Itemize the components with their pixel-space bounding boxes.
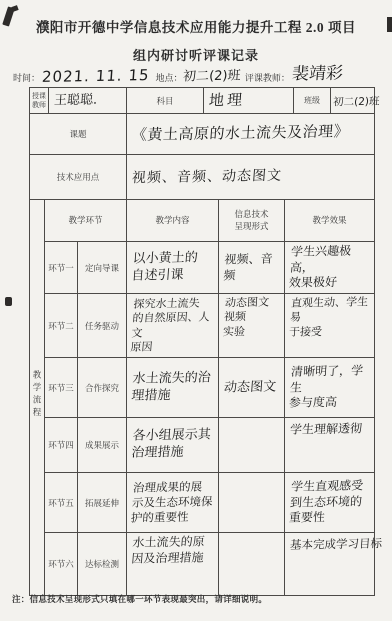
step-no: 环节一 <box>45 242 78 294</box>
step-no: 环节五 <box>45 473 78 533</box>
tech-form-handwritten: 动态图文 视频 实验 <box>222 296 269 340</box>
teacher-value-handwritten: 王聪聪. <box>53 93 97 111</box>
subject-value-handwritten: 地理 <box>208 90 245 110</box>
table-row-step3: 环节三 合作探究 水土流失的治 理措施 动态图文 清晰明了，学生 参与度高 <box>30 358 375 418</box>
content-handwritten: 以小黄土的 自述引课 <box>131 250 198 285</box>
tech-form-handwritten: 视频、音频 <box>223 251 282 283</box>
effect-handwritten: 基本完成学习目标 <box>289 536 382 553</box>
content-handwritten: 各小组展示其 治理措施 <box>131 428 211 463</box>
footnote: 注：信息技术呈现形式只填在哪一环节表现最突出，请详细说明。 <box>12 593 387 605</box>
scan-artifact <box>5 297 12 306</box>
subject-label: 科目 <box>127 88 204 114</box>
content-handwritten: 治理成果的展 示及生态环境保 护的重要性 <box>130 479 214 525</box>
table-row-step2: 环节二 任务驱动 探究水土流失 的自然原因、人文 原因 动态图文 视频 实验 直… <box>30 294 375 358</box>
content-handwritten: 水土流失的治 理措施 <box>131 370 211 405</box>
document-title: 濮阳市开德中学信息技术应用能力提升工程 2.0 项目 <box>0 16 392 36</box>
time-label: 时间： <box>13 71 40 86</box>
class-label: 班级 <box>294 88 331 114</box>
table-row-step5: 环节五 拓展延伸 治理成果的展 示及生态环境保 护的重要性 学生直观感受 到生态… <box>30 473 375 533</box>
course-info-table: 授课 教师 王聪聪. 科目 地理 班级 初二(2)班 课题 《黄土高原的水土流失… <box>29 87 375 200</box>
table-row-step6: 环节六 达标检测 水土流失的原 因及治理措施 基本完成学习目标 <box>30 533 375 596</box>
step-name: 定向导课 <box>78 242 127 294</box>
table-row: 技术应用点 视频、音频、动态图文 <box>30 155 375 200</box>
table-row: 授课 教师 王聪聪. 科目 地理 班级 初二(2)班 <box>30 88 375 114</box>
time-value-handwritten: 2021. 11. 15 <box>41 66 150 87</box>
table-row-step4: 环节四 成果展示 各小组展示其 治理措施 学生理解透彻 <box>30 418 375 473</box>
scan-artifact <box>11 5 18 12</box>
step-no: 环节三 <box>45 358 78 418</box>
teacher-label: 授课 教师 <box>30 88 49 114</box>
form-table: 授课 教师 王聪聪. 科目 地理 班级 初二(2)班 课题 《黄土高原的水土流失… <box>29 87 374 596</box>
class-value-handwritten: 初二(2)班 <box>332 95 379 109</box>
step-name: 拓展延伸 <box>78 473 127 533</box>
tech-points-label: 技术应用点 <box>30 155 127 200</box>
tech-points-value-handwritten: 视频、音频、动态图文 <box>131 167 282 188</box>
content-handwritten: 水土流失的原 因及治理措施 <box>131 535 205 567</box>
step-name: 成果展示 <box>78 418 127 473</box>
step-name: 达标检测 <box>78 533 127 596</box>
tech-form-handwritten: 动态图文 <box>223 380 276 398</box>
effect-handwritten: 学生直观感受 到生态环境的 重要性 <box>288 478 363 526</box>
process-section-label: 教学流程 <box>30 200 45 596</box>
header-tech-form: 信息技术 呈现形式 <box>219 200 285 242</box>
step-no: 环节六 <box>45 533 78 596</box>
effect-handwritten: 学生理解透彻 <box>289 422 362 439</box>
table-row-step1: 环节一 定向导课 以小黄土的 自述引课 视频、音频 学生兴趣极高， 效果极好 <box>30 242 375 294</box>
reviewer-label: 评课教师： <box>245 71 290 86</box>
place-label: 地点： <box>155 71 182 86</box>
step-name: 任务驱动 <box>78 294 127 358</box>
reviewer-value-handwritten: 裴靖彩 <box>291 62 344 85</box>
table-row: 课题 《黄土高原的水土流失及治理》 <box>30 114 375 155</box>
topic-value-handwritten: 《黄土高原的水土流失及治理》 <box>131 122 350 145</box>
content-handwritten: 探究水土流失 的自然原因、人文 原因 <box>130 296 217 355</box>
place-value-handwritten: 初二(2)班 <box>183 69 242 87</box>
topic-label: 课题 <box>30 114 127 155</box>
header-effect: 教学效果 <box>285 200 375 242</box>
table-header-row: 教学流程 教学环节 教学内容 信息技术 呈现形式 教学效果 <box>30 200 375 242</box>
effect-handwritten: 直观生动、学生易 于接受 <box>288 295 372 339</box>
effect-handwritten: 学生兴趣极高， 效果极好 <box>288 243 372 291</box>
teaching-process-table: 教学流程 教学环节 教学内容 信息技术 呈现形式 教学效果 环节一 定向导课 以… <box>29 199 375 596</box>
meta-line: 时间： 2021. 11. 15 地点： 初二(2)班 评课教师： 裴靖彩 <box>13 62 385 86</box>
step-no: 环节二 <box>45 294 78 358</box>
step-name: 合作探究 <box>78 358 127 418</box>
effect-handwritten: 清晰明了，学生 参与度高 <box>288 363 372 411</box>
step-no: 环节四 <box>45 418 78 473</box>
header-step: 教学环节 <box>45 200 127 242</box>
scanned-evaluation-form: 濮阳市开德中学信息技术应用能力提升工程 2.0 项目 组内研讨听评课记录 时间：… <box>0 0 392 621</box>
header-content: 教学内容 <box>127 200 219 242</box>
